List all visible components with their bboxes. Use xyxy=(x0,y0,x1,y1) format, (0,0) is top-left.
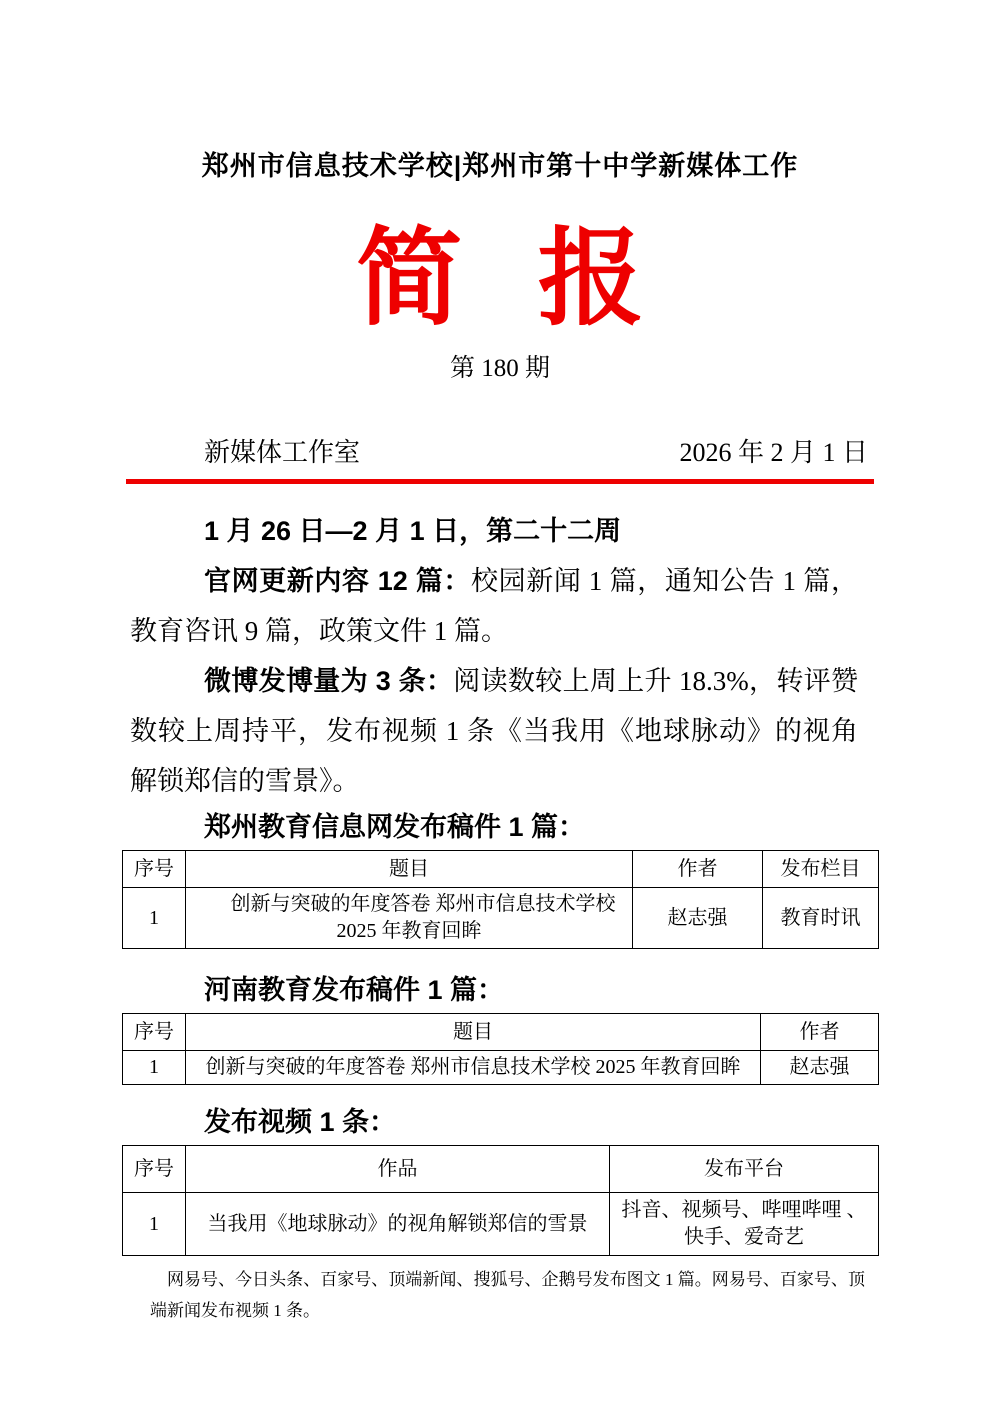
cell-index: 1 xyxy=(123,888,186,949)
cell-platforms: 抖音、视频号、哔哩哔哩 、快手、爱奇艺 xyxy=(610,1193,879,1256)
cell-title: 创新与突破的年度答卷 郑州市信息技术学校 2025 年教育回眸 xyxy=(186,888,633,949)
footer-note: 网易号、今日头条、百家号、顶端新闻、搜狐号、企鹅号发布图文 1 篇。网易号、百家… xyxy=(150,1264,865,1326)
col-header-work: 作品 xyxy=(186,1146,610,1193)
table-header-row: 序号 作品 发布平台 xyxy=(123,1146,879,1193)
org-title: 郑州市信息技术学校|郑州市第十中学新媒体工作 xyxy=(0,0,1000,184)
col-header-author: 作者 xyxy=(633,851,763,888)
website-update-paragraph: 官网更新内容 12 篇：校园新闻 1 篇，通知公告 1 篇，教育咨讯 9 篇，政… xyxy=(130,556,858,656)
weibo-lead: 微博发博量为 3 条： xyxy=(204,666,453,696)
bulletin-page: 郑州市信息技术学校|郑州市第十中学新媒体工作 简 报 第 180 期 新媒体工作… xyxy=(0,0,1000,1414)
bulletin-title: 简 报 xyxy=(0,220,1000,339)
col-header-author: 作者 xyxy=(761,1014,879,1051)
cell-index: 1 xyxy=(123,1051,186,1085)
col-header-index: 序号 xyxy=(123,1146,186,1193)
col-header-index: 序号 xyxy=(123,1014,186,1051)
cell-column: 教育时讯 xyxy=(763,888,879,949)
section-heading-henan: 河南教育发布稿件 1 篇： xyxy=(130,971,1000,1009)
col-header-column: 发布栏目 xyxy=(763,851,879,888)
col-header-index: 序号 xyxy=(123,851,186,888)
cell-author: 赵志强 xyxy=(761,1051,879,1085)
issue-number: 第 180 期 xyxy=(0,348,1000,384)
published-videos-table: 序号 作品 发布平台 1 当我用《地球脉动》的视角解锁郑信的雪景 抖音、视频号、… xyxy=(122,1145,879,1256)
table-row: 1 当我用《地球脉动》的视角解锁郑信的雪景 抖音、视频号、哔哩哔哩 、快手、爱奇… xyxy=(123,1193,879,1256)
table-row: 1 创新与突破的年度答卷 郑州市信息技术学校 2025 年教育回眸 赵志强 教育… xyxy=(123,888,879,949)
zhengzhou-articles-table: 序号 题目 作者 发布栏目 1 创新与突破的年度答卷 郑州市信息技术学校 202… xyxy=(122,850,879,949)
cell-author: 赵志强 xyxy=(633,888,763,949)
col-header-platform: 发布平台 xyxy=(610,1146,879,1193)
publish-date: 2026 年 2 月 1 日 xyxy=(679,432,868,469)
cell-work: 当我用《地球脉动》的视角解锁郑信的雪景 xyxy=(186,1193,610,1256)
cell-title: 创新与突破的年度答卷 郑州市信息技术学校 2025 年教育回眸 xyxy=(186,1051,761,1085)
cell-index: 1 xyxy=(123,1193,186,1256)
meta-row: 新媒体工作室 2026 年 2 月 1 日 xyxy=(132,432,868,469)
section-heading-zhengzhou: 郑州教育信息网发布稿件 1 篇： xyxy=(130,808,1000,846)
week-range-line: 1 月 26 日—2 月 1 日，第二十二周 xyxy=(130,506,858,556)
weibo-paragraph: 微博发博量为 3 条：阅读数较上周上升 18.3%，转评赞数较上周持平，发布视频… xyxy=(130,656,858,806)
divider-rule xyxy=(126,479,874,484)
col-header-title: 题目 xyxy=(186,1014,761,1051)
website-update-lead: 官网更新内容 12 篇： xyxy=(204,566,471,596)
body-content: 1 月 26 日—2 月 1 日，第二十二周 官网更新内容 12 篇：校园新闻 … xyxy=(130,506,858,806)
section-heading-video: 发布视频 1 条： xyxy=(130,1103,1000,1141)
office-name: 新媒体工作室 xyxy=(132,432,360,469)
table-header-row: 序号 题目 作者 发布栏目 xyxy=(123,851,879,888)
col-header-title: 题目 xyxy=(186,851,633,888)
henan-articles-table: 序号 题目 作者 1 创新与突破的年度答卷 郑州市信息技术学校 2025 年教育… xyxy=(122,1013,879,1085)
table-header-row: 序号 题目 作者 xyxy=(123,1014,879,1051)
table-row: 1 创新与突破的年度答卷 郑州市信息技术学校 2025 年教育回眸 赵志强 xyxy=(123,1051,879,1085)
